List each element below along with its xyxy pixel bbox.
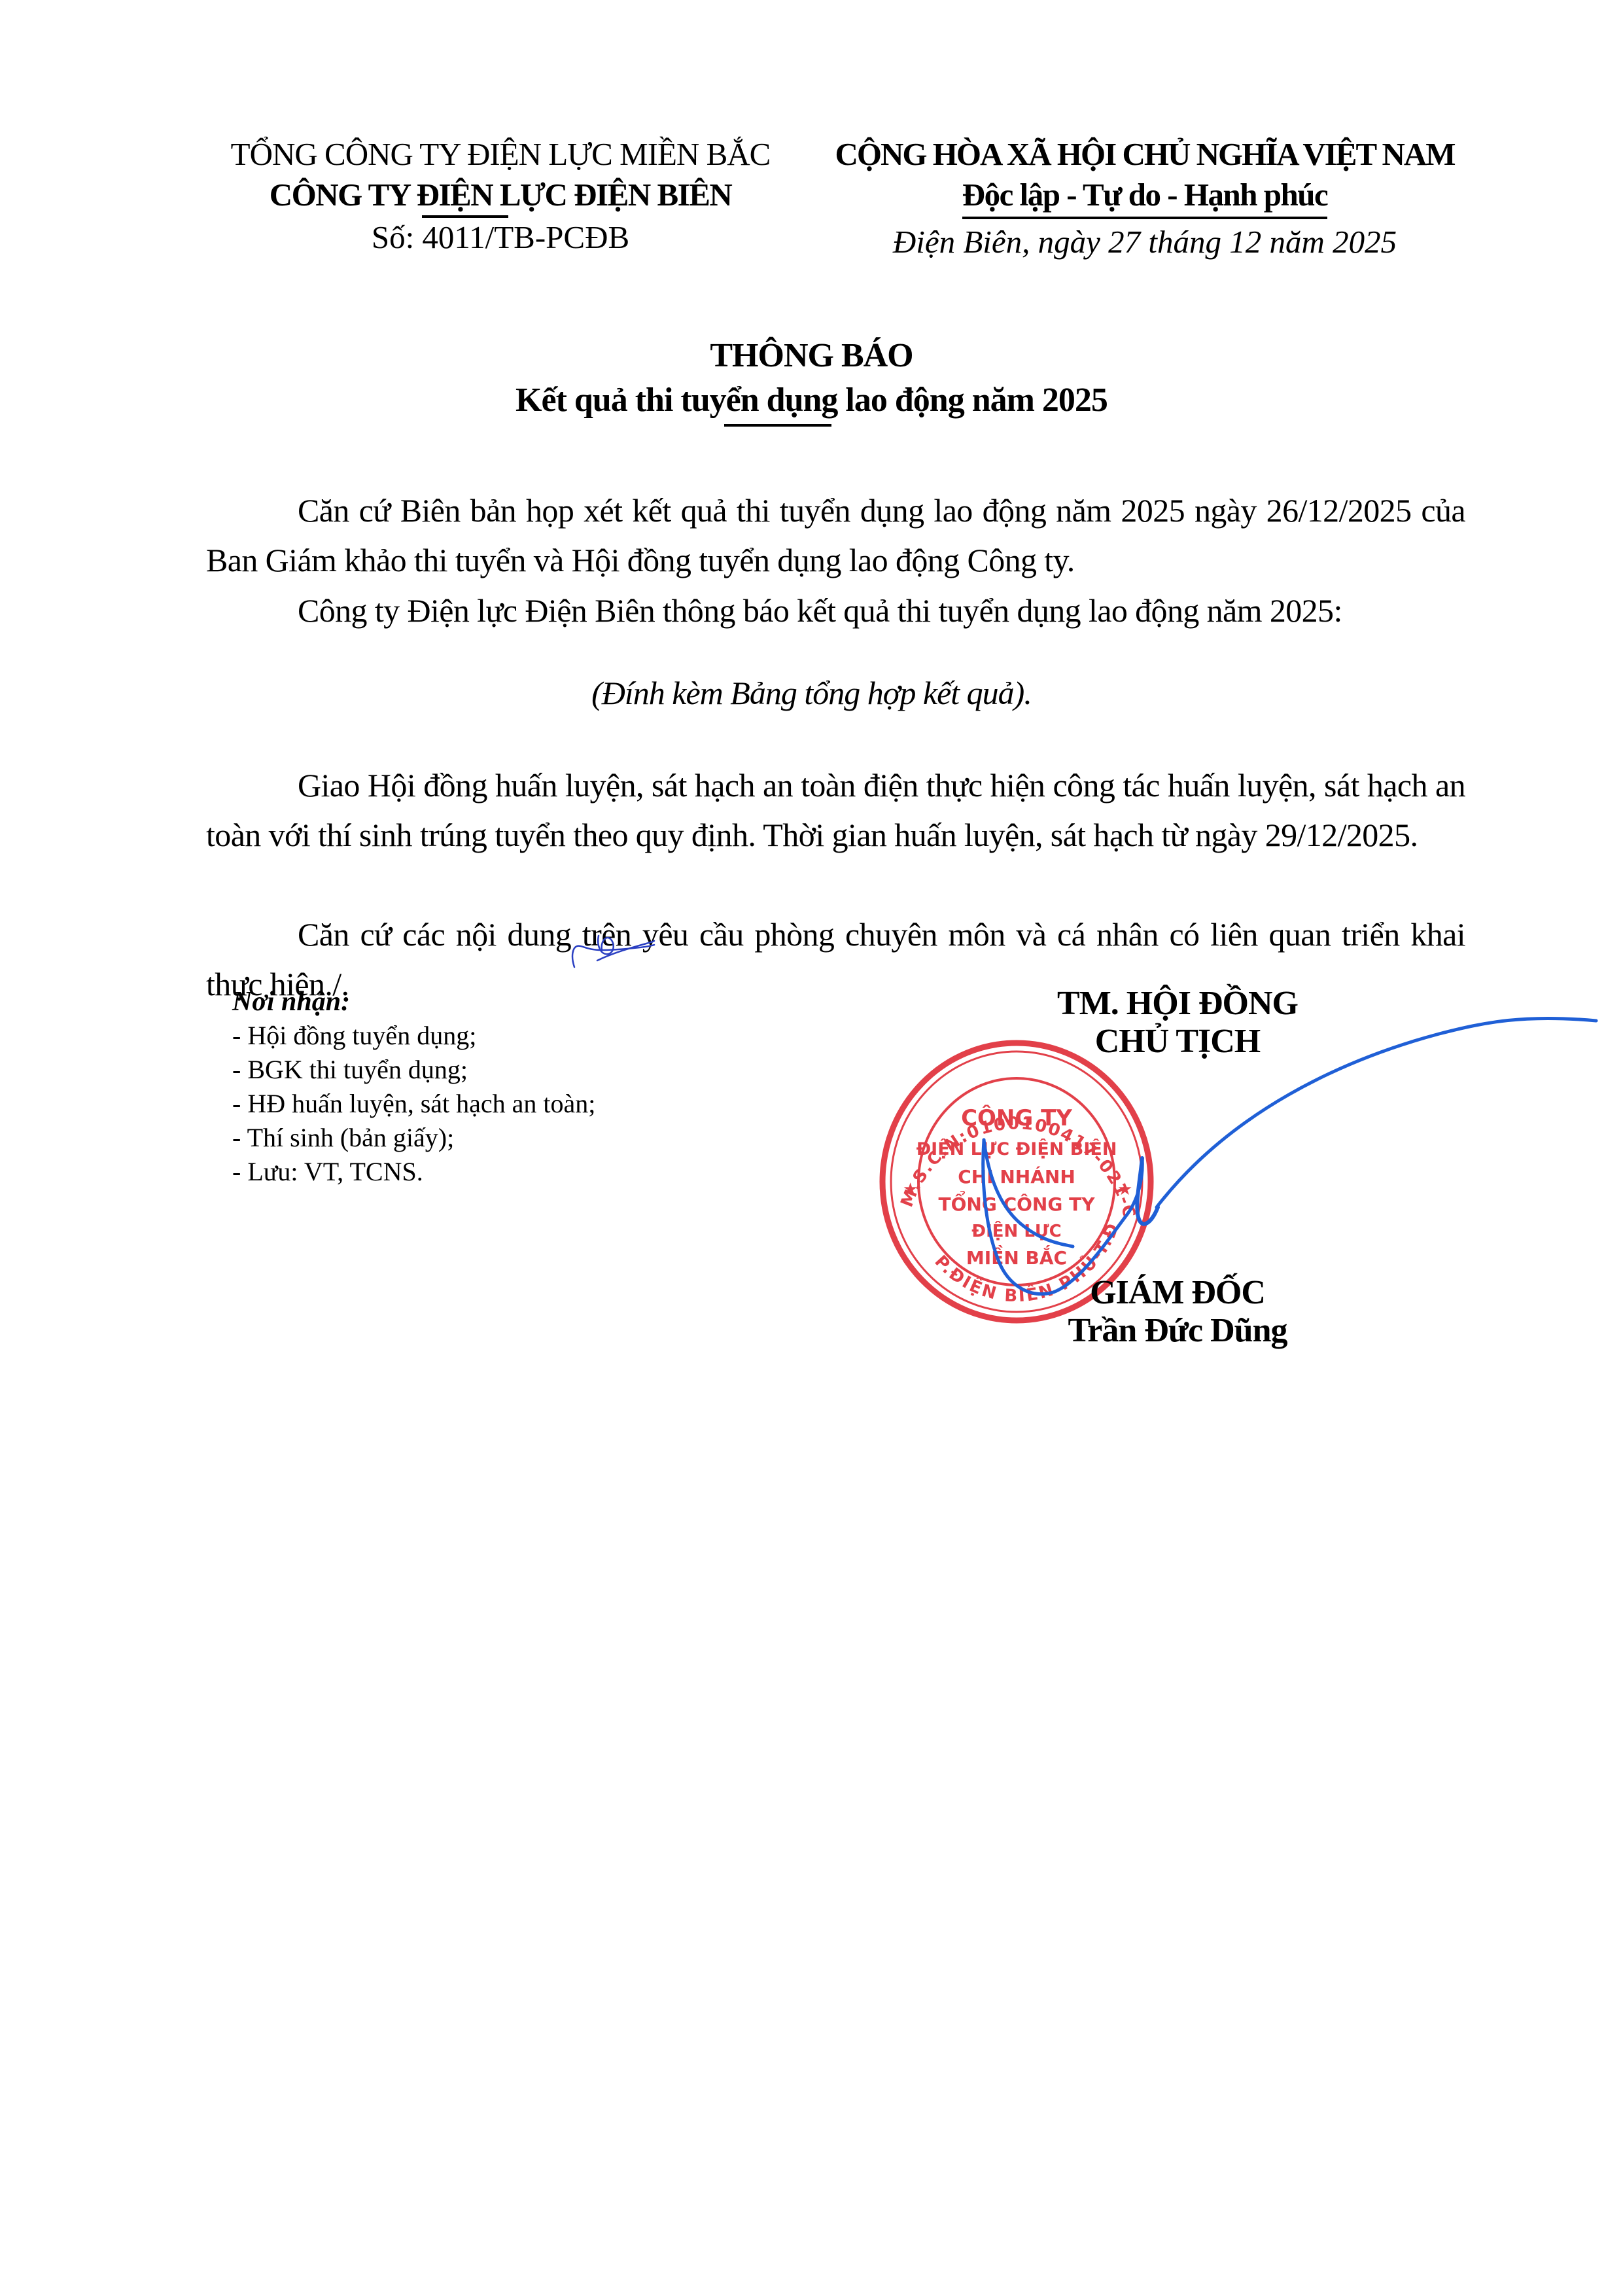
national-header-block: CỘNG HÒA XÃ HỘI CHỦ NGHĨA VIỆT NAM Độc l… xyxy=(805,134,1485,262)
paragraph-text: Công ty Điện lực Điện Biên thông báo kết… xyxy=(206,586,1465,635)
divider xyxy=(724,424,831,427)
document-subject: Kết quả thi tuyển dụng lao động năm 2025 xyxy=(0,378,1623,423)
signer-name: Trần Đức Dũng xyxy=(929,1312,1426,1350)
document-type: THÔNG BÁO xyxy=(0,334,1623,378)
organization-name: CÔNG TY ĐIỆN LỰC ĐIỆN BIÊN xyxy=(196,175,805,215)
recipient-item: - Hội đồng tuyển dụng; xyxy=(232,1019,595,1053)
svg-text:CÔNG TY: CÔNG TY xyxy=(961,1104,1072,1131)
divider xyxy=(422,215,508,218)
national-title: CỘNG HÒA XÃ HỘI CHỦ NGHĨA VIỆT NAM xyxy=(805,134,1485,175)
svg-text:CHI NHÁNH: CHI NHÁNH xyxy=(958,1165,1075,1188)
place-and-date: Điện Biên, ngày 27 tháng 12 năm 2025 xyxy=(805,222,1485,262)
svg-text:TỔNG CÔNG TY: TỔNG CÔNG TY xyxy=(939,1189,1096,1215)
recipient-item: - Lưu: VT, TCNS. xyxy=(232,1155,595,1189)
recipients-block: Nơi nhận: - Hội đồng tuyển dụng; - BGK t… xyxy=(232,985,595,1189)
body-paragraph-3: Giao Hội đồng huấn luyện, sát hạch an to… xyxy=(206,760,1465,860)
parent-organization: TỔNG CÔNG TY ĐIỆN LỰC MIỀN BẮC xyxy=(196,134,805,175)
recipient-item: - HĐ huấn luyện, sát hạch an toàn; xyxy=(232,1087,595,1121)
svg-text:★: ★ xyxy=(903,1180,918,1199)
document-title-block: THÔNG BÁO Kết quả thi tuyển dụng lao độn… xyxy=(0,334,1623,427)
svg-text:ĐIỆN LỰC: ĐIỆN LỰC xyxy=(971,1220,1061,1241)
paragraph-text: Giao Hội đồng huấn luyện, sát hạch an to… xyxy=(206,760,1465,860)
attachment-note: (Đính kèm Bảng tổng hợp kết quả). xyxy=(0,674,1623,712)
document-number: Số: 4011/TB-PCĐB xyxy=(196,218,805,257)
paragraph-text: Căn cứ Biên bản họp xét kết quả thi tuyể… xyxy=(206,486,1465,585)
signature-block: TM. HỘI ĐỒNG CHỦ TỊCH GIÁM ĐỐC Trần Đức … xyxy=(929,985,1426,1061)
signer-position: GIÁM ĐỐC xyxy=(929,1274,1426,1312)
issuing-authority-block: TỔNG CÔNG TY ĐIỆN LỰC MIỀN BẮC CÔNG TY Đ… xyxy=(196,134,805,257)
svg-text:ĐIỆN LỰC ĐIỆN BIÊN: ĐIỆN LỰC ĐIỆN BIÊN xyxy=(916,1139,1117,1159)
svg-text:MIỀN BẮC: MIỀN BẮC xyxy=(966,1245,1067,1269)
on-behalf-label: TM. HỘI ĐỒNG xyxy=(929,985,1426,1023)
recipient-item: - Thí sinh (bản giấy); xyxy=(232,1121,595,1155)
body-paragraph-1: Căn cứ Biên bản họp xét kết quả thi tuyể… xyxy=(206,486,1465,585)
signer-role: CHỦ TỊCH xyxy=(929,1023,1426,1061)
body-paragraph-2: Công ty Điện lực Điện Biên thông báo kết… xyxy=(206,586,1465,635)
national-motto: Độc lập - Tự do - Hạnh phúc xyxy=(962,175,1327,219)
recipients-heading: Nơi nhận: xyxy=(232,985,595,1019)
recipient-item: - BGK thi tuyển dụng; xyxy=(232,1053,595,1087)
svg-text:★: ★ xyxy=(1117,1180,1132,1199)
